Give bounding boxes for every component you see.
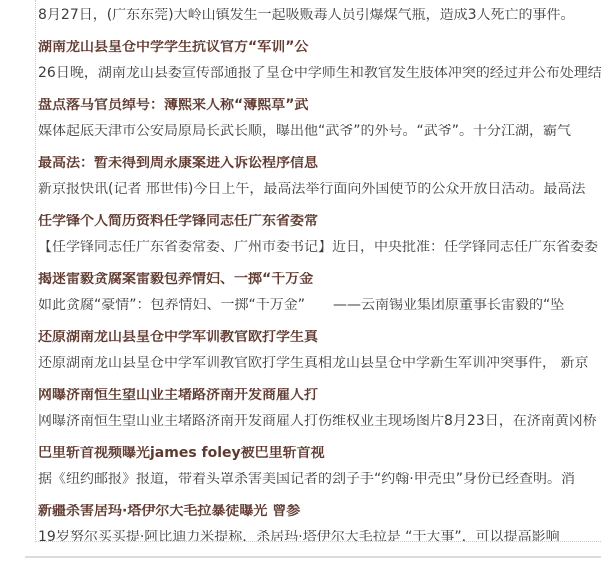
news-item-summary: 还原湖南龙山县皇仓中学军训教官欧打学生真相龙山县皇仓中学新生军训冲突事件， 新京 [38, 356, 601, 371]
news-item: 巴里斩首视频曝光james foley被巴里斩首视 据《纽约邮报》报道，带着头罩… [38, 446, 601, 487]
news-item-summary: 如此贪腐“豪情”：包养情妇、一掷“千万金” ——云南锡业集团原董事长雷毅的“坠 [38, 298, 601, 313]
news-item-summary: 新京报快讯(记者 邢世伟)今日上午，最高法举行面向外国使节的公众开放日活动。最高… [38, 182, 601, 197]
news-list: 8月27日，(广东东莞)大岭山镇发生一起吸贩毒人员引爆煤气瓶，造成3人死亡的事件… [35, 0, 601, 542]
news-item-title[interactable]: 揭迷雷毅贪腐案雷毅包养情妇、一掷“千万金 [38, 272, 601, 287]
news-item: 湖南龙山县皇仓中学学生抗议官方“军训”公 26日晚，湖南龙山县委宣传部通报了皇仓… [38, 40, 601, 81]
news-item-title[interactable]: 任学锋个人简历资料任学锋同志任广东省委常 [38, 214, 601, 229]
news-item-title[interactable]: 巴里斩首视频曝光james foley被巴里斩首视 [38, 446, 601, 461]
news-items-container: 湖南龙山县皇仓中学学生抗议官方“军训”公 26日晚，湖南龙山县委宣传部通报了皇仓… [38, 40, 601, 542]
news-item: 新疆杀害居玛·塔伊尔大毛拉暴徒曝光 曾参 19岁努尔买买提·阿比迪力米提称，杀居… [38, 504, 601, 542]
news-item: 任学锋个人简历资料任学锋同志任广东省委常 【任学锋同志任广东省委常委、广州市委书… [38, 214, 601, 255]
lead-text: 8月27日，(广东东莞)大岭山镇发生一起吸贩毒人员引爆煤气瓶，造成3人死亡的事件… [38, 8, 601, 23]
news-item: 还原湖南龙山县皇仓中学军训教官欧打学生真 还原湖南龙山县皇仓中学军训教官欧打学生… [38, 330, 601, 371]
news-item-summary: 【任学锋同志任广东省委常委、广州市委书记】近日，中央批准：任学锋同志任广东省委委 [38, 240, 601, 255]
news-item-title[interactable]: 还原湖南龙山县皇仓中学军训教官欧打学生真 [38, 330, 601, 345]
news-item-summary: 媒体起底天津市公安局原局长武长顺，曝出他“武爷”的外号。“武爷”。十分江湖，霸气 [38, 124, 601, 139]
news-item-title[interactable]: 网曝济南恒生望山业主堵路济南开发商雇人打 [38, 388, 601, 403]
news-item-summary: 网曝济南恒生望山业主堵路济南开发商雇人打伤维权业主现场图片8月23日，在济南黄冈… [38, 414, 601, 429]
news-item-title[interactable]: 新疆杀害居玛·塔伊尔大毛拉暴徒曝光 曾参 [38, 504, 601, 519]
news-item-summary: 据《纽约邮报》报道，带着头罩杀害美国记者的刽子手“约翰·甲壳虫”身份已经查明。消 [38, 472, 601, 487]
news-item: 揭迷雷毅贪腐案雷毅包养情妇、一掷“千万金 如此贪腐“豪情”：包养情妇、一掷“千万… [38, 272, 601, 313]
news-item-title[interactable]: 盘点落马官员绰号：薄熙来人称“薄熙草”武 [38, 98, 601, 113]
news-item-summary: 19岁努尔买买提·阿比迪力米提称，杀居玛·塔伊尔大毛拉是 “干大事”，可以提高影… [38, 530, 601, 542]
news-item-title[interactable]: 湖南龙山县皇仓中学学生抗议官方“军训”公 [38, 40, 601, 55]
news-item-summary: 26日晚，湖南龙山县委宣传部通报了皇仓中学师生和教官发生肢体冲突的经过并公布处理… [38, 66, 601, 81]
news-item: 最高法：暂未得到周永康案进入诉讼程序信息 新京报快讯(记者 邢世伟)今日上午，最… [38, 156, 601, 197]
news-item: 网曝济南恒生望山业主堵路济南开发商雇人打 网曝济南恒生望山业主堵路济南开发商雇人… [38, 388, 601, 429]
news-item: 盘点落马官员绰号：薄熙来人称“薄熙草”武 媒体起底天津市公安局原局长武长顺，曝出… [38, 98, 601, 139]
bottom-divider [25, 556, 601, 558]
news-item-title[interactable]: 最高法：暂未得到周永康案进入诉讼程序信息 [38, 156, 601, 171]
